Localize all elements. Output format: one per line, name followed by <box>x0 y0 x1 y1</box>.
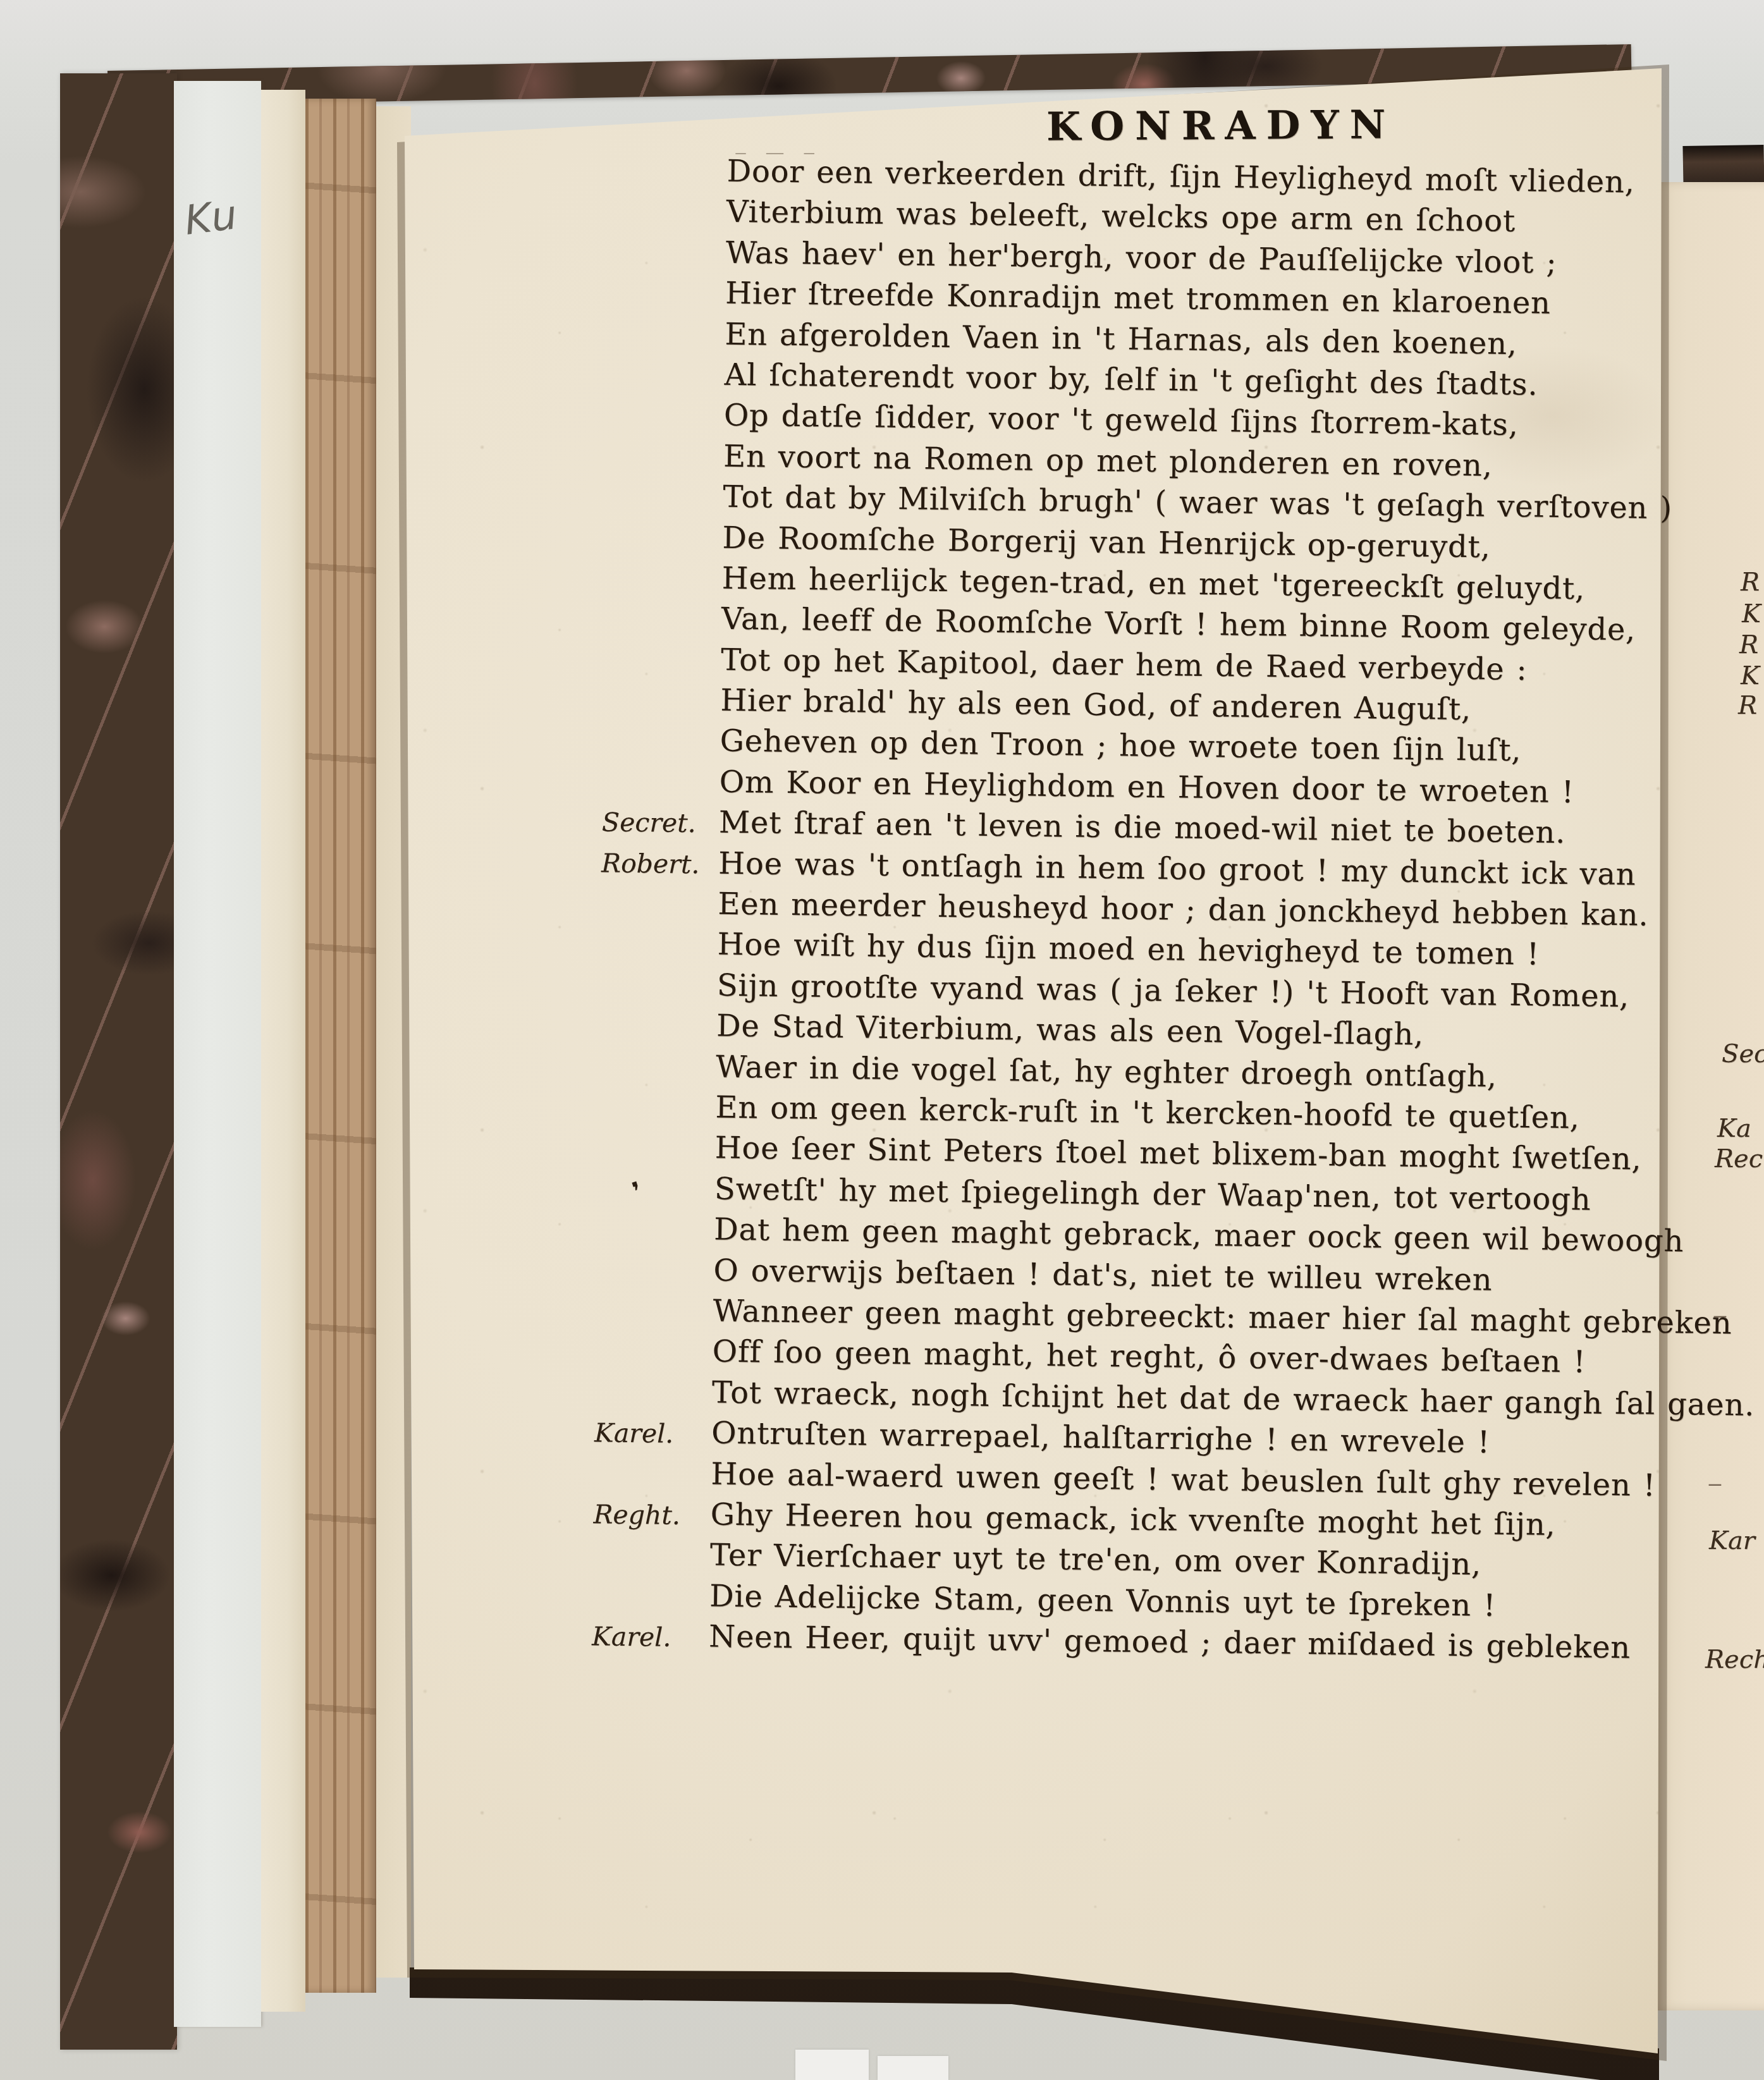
photo-of-open-book: Ku RKRKRSecKaRecKarRech‒‒ KONRADYN ‒ — ‒… <box>0 0 1764 2080</box>
support-tab <box>795 2050 869 2080</box>
speaker-label: Karel. <box>592 1621 706 1653</box>
endpaper-sheet <box>261 90 305 2012</box>
speaker-label: Reght. <box>593 1499 707 1531</box>
page-edge-stack <box>305 99 376 1993</box>
cover-board <box>60 73 177 2050</box>
dialogue-block: Door een verkeerden drift, ſijn Heylighe… <box>361 149 1682 1671</box>
speaker-label: Karel. <box>594 1417 709 1449</box>
speaker-label: Secret. <box>602 807 716 839</box>
handwritten-note: Ku <box>182 192 241 245</box>
flyleaf-sheet <box>174 81 261 2027</box>
speaker-label: Robert. <box>601 848 716 879</box>
cover-right-edge <box>1682 145 1764 187</box>
support-tab <box>878 2056 948 2080</box>
page-title: KONRADYN <box>1046 101 1397 149</box>
